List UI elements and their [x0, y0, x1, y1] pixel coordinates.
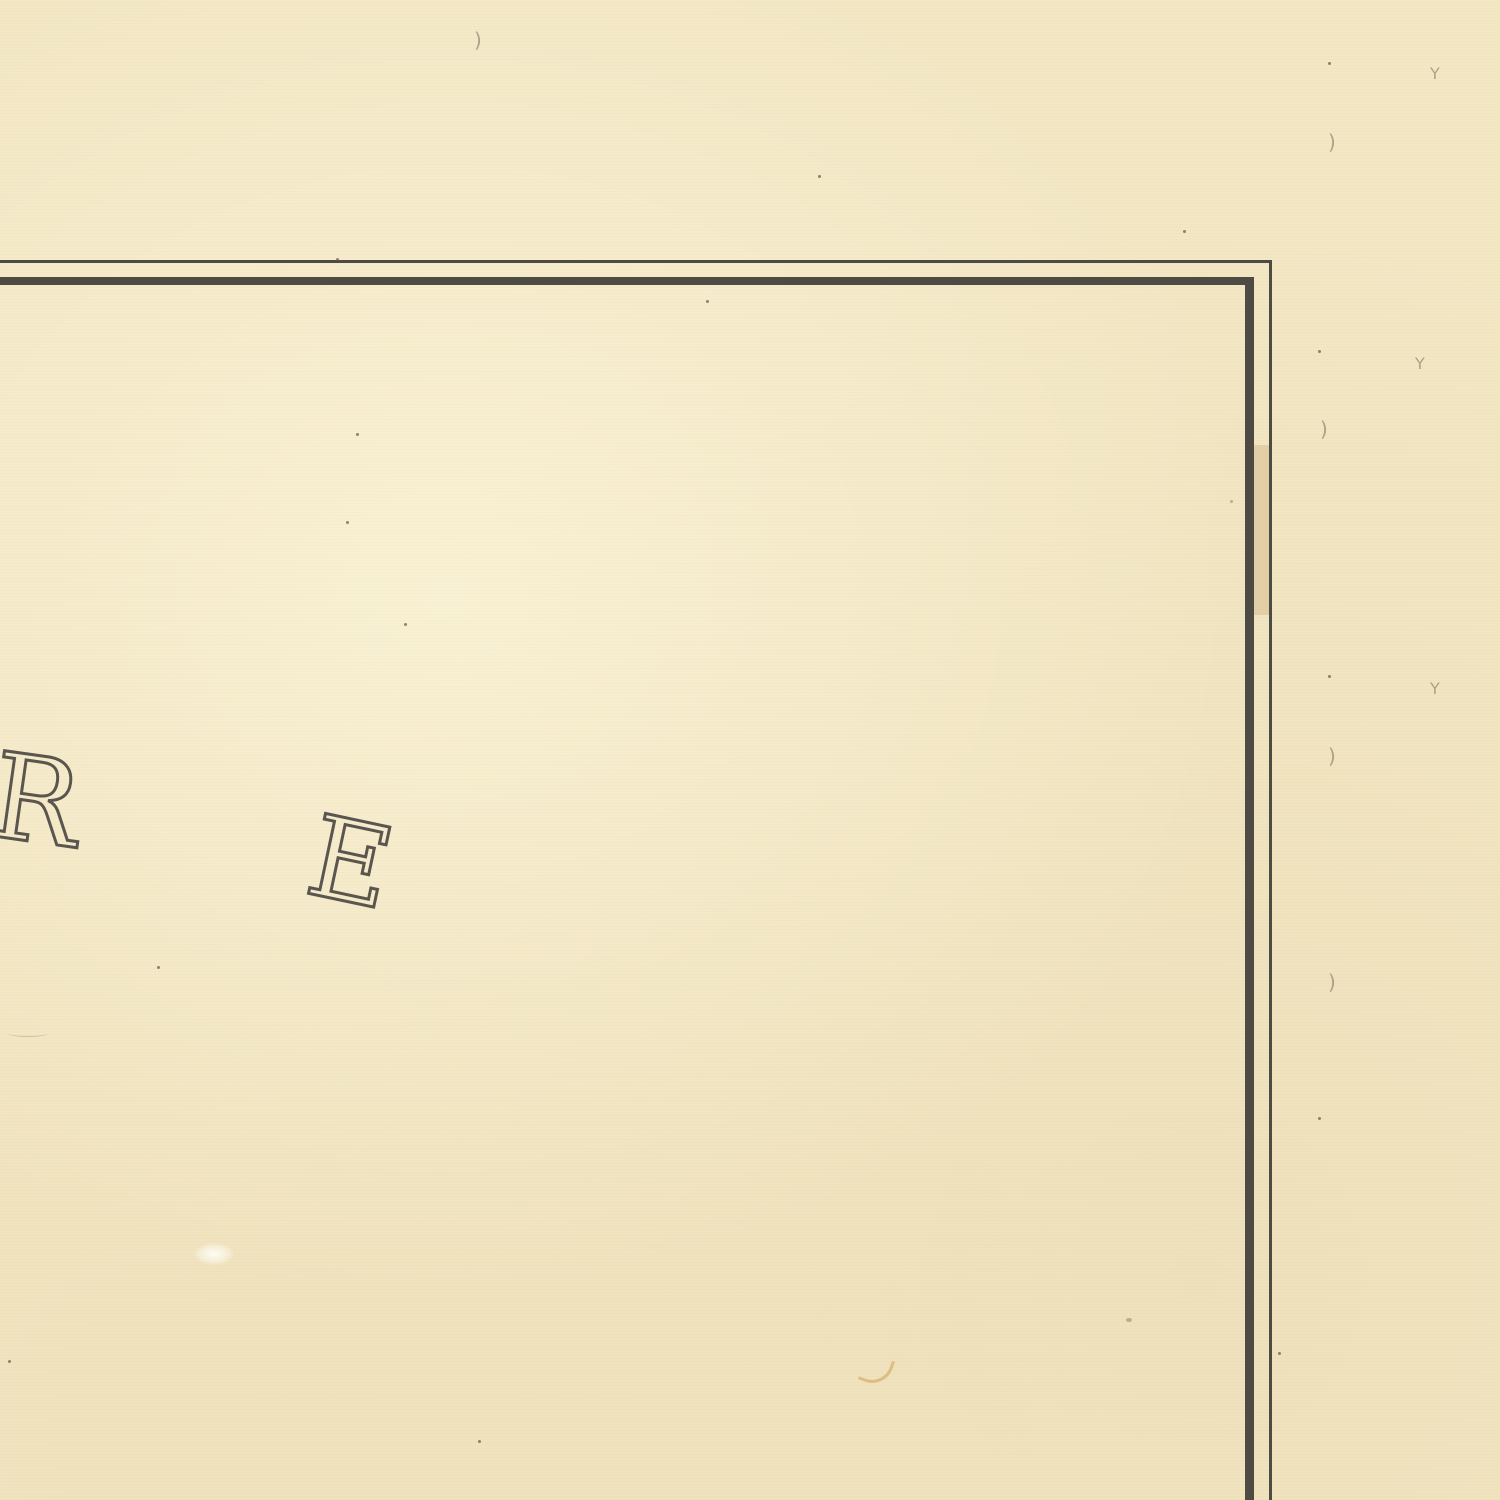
ink-dot	[478, 1440, 481, 1443]
ink-dot	[1318, 1117, 1321, 1120]
ink-dot	[1278, 1352, 1281, 1355]
border-inner-top-line	[0, 277, 1254, 285]
margin-mark-y-icon: Y	[1415, 356, 1425, 372]
ink-dot	[336, 258, 339, 261]
ink-dot	[356, 433, 359, 436]
ink-dot	[404, 623, 407, 626]
border-outer-right-line	[1269, 260, 1272, 1500]
margin-mark-paren-icon: )	[1320, 419, 1328, 439]
ink-dot	[1328, 675, 1331, 678]
letter-e-text: E	[297, 791, 404, 935]
paper-grain	[0, 0, 1500, 1500]
ink-dot	[818, 175, 821, 178]
map-label-letter-e: E	[299, 800, 402, 927]
margin-mark-paren-icon: )	[1328, 746, 1336, 766]
map-label-letter-r: R	[0, 736, 88, 865]
paper-curl-mark	[858, 1352, 895, 1389]
ink-dot	[1230, 500, 1233, 503]
border-inner-right-line	[1245, 277, 1254, 1500]
margin-mark-y-icon: Y	[1430, 681, 1440, 697]
ink-dot	[346, 521, 349, 524]
ink-dot	[1328, 62, 1331, 65]
margin-mark-y-icon: Y	[1430, 66, 1440, 82]
ink-dot	[1183, 230, 1186, 233]
border-outer-top-line	[0, 260, 1272, 263]
paper-white-speck	[194, 1243, 234, 1265]
map-sheet: R E ) ) ) ) ) Y Y Y	[0, 0, 1500, 1500]
letter-r-text: R	[0, 726, 89, 875]
paper-stain	[1254, 445, 1269, 615]
margin-mark-paren-icon: )	[1328, 132, 1336, 152]
ink-dot	[8, 1360, 11, 1363]
ink-dot	[1318, 350, 1321, 353]
ink-dot	[706, 300, 709, 303]
ink-dot	[1126, 1318, 1132, 1322]
ink-dot	[157, 966, 160, 969]
margin-mark-paren-icon: )	[1328, 972, 1336, 992]
faint-smudge	[8, 1030, 48, 1037]
margin-mark-paren-icon: )	[474, 30, 482, 50]
